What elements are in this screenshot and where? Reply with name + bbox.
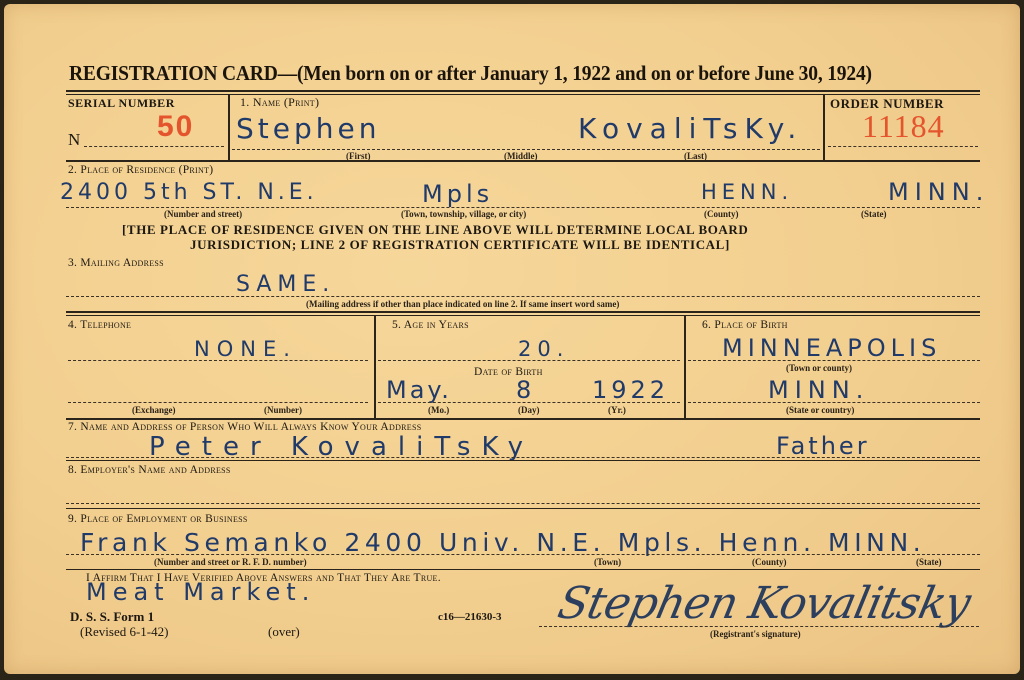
print-code: c16—21630-3: [438, 611, 502, 623]
birth-year-value: 1922: [592, 376, 669, 404]
card-title: REGISTRATION CARD—(Men born on or after …: [69, 61, 872, 86]
telephone-line-1: [68, 360, 368, 361]
name-line: [232, 149, 820, 150]
caption-state: (State): [861, 209, 887, 219]
caption-birth-town: (Town or county): [786, 363, 852, 373]
divider: [684, 315, 686, 418]
divider: [66, 315, 980, 316]
telephone-value: NONE.: [194, 337, 297, 361]
jurisdiction-notice-line1: [THE PLACE OF RESIDENCE GIVEN ON THE LIN…: [122, 222, 748, 238]
age-line: [378, 360, 680, 361]
divider: [66, 418, 980, 420]
divider: [823, 94, 825, 160]
telephone-line-2: [68, 402, 368, 403]
order-line: [828, 146, 978, 147]
caption-birth-state: (State or country): [786, 405, 854, 415]
caption-town: (Town, township, village, or city): [401, 209, 526, 219]
serial-number-value: 50: [157, 110, 194, 144]
caption-employment-state: (State): [916, 557, 942, 567]
registrant-signature: Stephen Kovalitsky: [554, 578, 975, 629]
divider: [374, 315, 376, 418]
jurisdiction-notice-line2: JURISDICTION; LINE 2 OF REGISTRATION CER…: [190, 237, 730, 253]
divider: [228, 94, 230, 160]
telephone-label: 4. Telephone: [68, 319, 131, 331]
residence-state-value: MINN.: [888, 178, 989, 206]
dob-line: [378, 402, 680, 403]
birthplace-town-line: [688, 360, 980, 361]
mailing-line: [66, 296, 980, 297]
residence-town-value: Mpls: [422, 180, 493, 208]
mailing-address-label: 3. Mailing Address: [68, 257, 164, 269]
caption-county: (County): [704, 209, 739, 219]
caption-mailing: (Mailing address if other than place ind…: [306, 299, 619, 309]
caption-signature: (Registrant's signature): [710, 629, 801, 639]
employment-line2-value: Meat Market.: [86, 578, 315, 606]
caption-year: (Yr.): [608, 405, 626, 415]
signature-line: [539, 626, 979, 627]
contact-relation-value: Father: [776, 432, 870, 460]
name-last-value: KovaliTsKy.: [578, 112, 803, 145]
over-note: (over): [268, 624, 300, 640]
name-first-value: Stephen: [236, 112, 380, 145]
order-number-value: 11184: [862, 108, 945, 145]
name-label: 1. Name (Print): [240, 95, 319, 110]
divider: [66, 569, 980, 570]
serial-prefix: N: [68, 130, 80, 150]
age-value: 20.: [518, 337, 569, 361]
contact-line: [66, 457, 980, 458]
caption-employment-street: (Number and street or R. F. D. number): [154, 557, 307, 567]
birthplace-state-line: [688, 402, 980, 403]
birthplace-state-value: MINN.: [768, 376, 869, 404]
mailing-address-value: SAME.: [236, 272, 335, 297]
form-revision: (Revised 6-1-42): [80, 624, 168, 640]
divider: [66, 460, 980, 461]
caption-day: (Day): [518, 405, 540, 415]
divider: [66, 94, 980, 95]
employment-line1-value: Frank Semanko 2400 Univ. N.E. Mpls. Henn…: [80, 528, 925, 557]
employer-label: 8. Employer's Name and Address: [68, 464, 231, 476]
birth-day-value: 8: [516, 376, 537, 404]
birthplace-town-value: MINNEAPOLIS: [722, 334, 941, 362]
divider: [66, 90, 980, 92]
divider: [66, 508, 980, 509]
employment-line: [66, 554, 980, 555]
employer-line: [66, 503, 980, 504]
caption-exchange: (Exchange): [132, 405, 176, 415]
divider: [66, 311, 980, 313]
form-number: D. S. S. Form 1: [70, 609, 154, 625]
age-label: 5. Age in Years: [392, 319, 469, 331]
caption-month: (Mo.): [428, 405, 449, 415]
divider: [66, 160, 980, 162]
employment-label: 9. Place of Employment or Business: [68, 513, 248, 525]
residence-street-value: 2400 5th ST. N.E.: [60, 180, 318, 205]
residence-line: [66, 207, 980, 208]
serial-line: [84, 146, 224, 147]
caption-employment-county: (County): [752, 557, 787, 567]
birth-month-value: May.: [386, 376, 452, 404]
caption-employment-town: (Town): [594, 557, 621, 567]
caption-street: (Number and street): [164, 209, 242, 219]
residence-county-value: HENN.: [701, 180, 793, 204]
serial-number-label: SERIAL NUMBER: [68, 96, 175, 111]
birthplace-label: 6. Place of Birth: [702, 319, 788, 331]
residence-label: 2. Place of Residence (Print): [68, 164, 213, 176]
caption-number: (Number): [264, 405, 302, 415]
registration-card: REGISTRATION CARD—(Men born on or after …: [4, 4, 1020, 674]
